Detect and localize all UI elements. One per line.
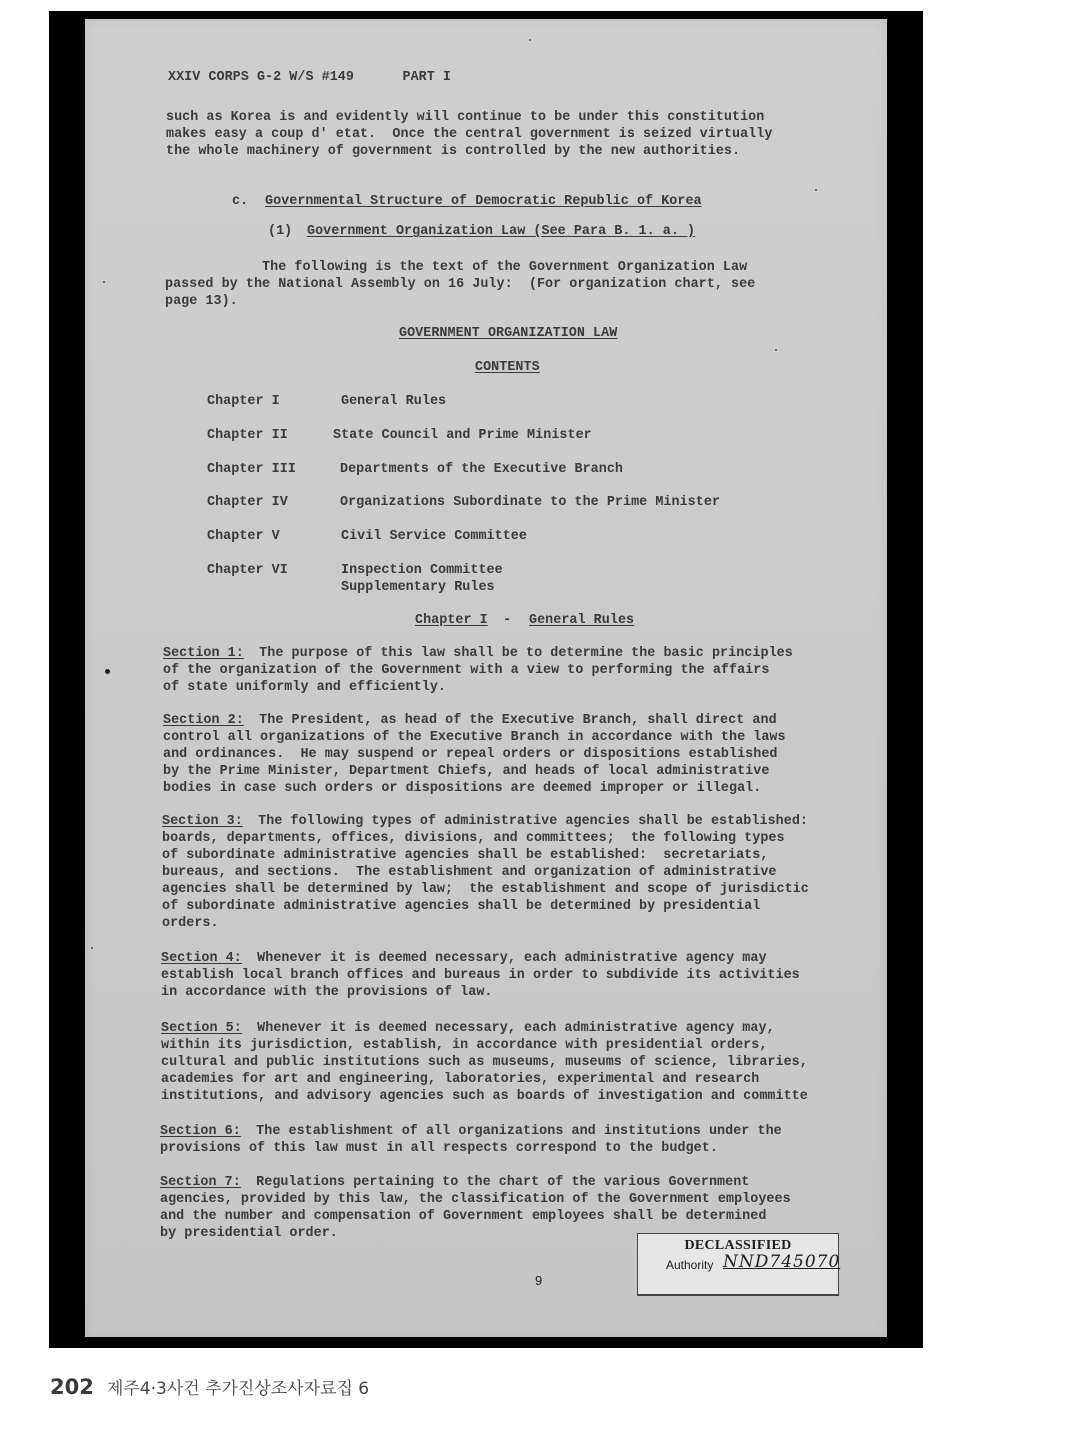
section-line: boards, departments, offices, divisions,… (162, 830, 785, 847)
scan-speck (105, 669, 110, 674)
contents-chapter-title: Organizations Subordinate to the Prime M… (340, 494, 720, 511)
chapter-heading-dash: - (495, 612, 519, 629)
section-line: establish local branch offices and burea… (161, 967, 800, 984)
section-line: Whenever it is deemed necessary, each ad… (241, 950, 767, 967)
section-line: in accordance with the provisions of law… (161, 984, 493, 1001)
intro-line: the whole machinery of government is con… (166, 143, 740, 160)
document-header: XXIV CORPS G-2 W/S #149 PART I (168, 69, 451, 86)
contents-chapter-title: General Rules (341, 393, 446, 410)
scan-speck (91, 947, 93, 949)
contents-chapter: Chapter VI (207, 562, 288, 579)
section-line: The President, as head of the Executive … (243, 712, 777, 729)
preamble-line: page 13). (165, 293, 238, 310)
contents-chapter: Chapter III (207, 461, 296, 478)
contents-chapter-title: Civil Service Committee (341, 528, 527, 545)
book-page-number: 202 (50, 1375, 94, 1399)
section-line: The purpose of this law shall be to dete… (243, 645, 793, 662)
section-label: Section 6: (160, 1123, 241, 1140)
section-label: Section 7: (160, 1174, 241, 1191)
preamble-line: passed by the National Assembly on 16 Ju… (165, 276, 755, 293)
section-line: bureaus, and sections. The establishment… (162, 864, 777, 881)
section-line: by presidential order. (160, 1225, 338, 1242)
preamble-line: The following is the text of the Governm… (165, 259, 747, 276)
stamp-authority-label: Authority (666, 1258, 713, 1272)
declassified-stamp: DECLASSIFIED Authority NND745070 (637, 1233, 839, 1296)
subsection-marker: (1) (268, 223, 292, 240)
subsection-title: Government Organization Law (See Para B.… (307, 223, 695, 240)
section-line: orders. (162, 915, 219, 932)
section-line: of the organization of the Government wi… (163, 662, 769, 679)
contents-chapter: Chapter II (207, 427, 288, 444)
section-c-marker: c. (232, 193, 248, 210)
scan-speck (815, 189, 817, 191)
book-footer: 202 제주4·3사건 추가진상조사자료집 6 (50, 1374, 369, 1399)
section-line: within its jurisdiction, establish, in a… (161, 1037, 767, 1054)
contents-chapter-extra: Supplementary Rules (341, 579, 495, 596)
contents-chapter: Chapter V (207, 528, 280, 545)
document-page: XXIV CORPS G-2 W/S #149 PART I such as K… (85, 19, 887, 1337)
stamp-authority-number: NND745070 (723, 1252, 840, 1272)
contents-title: CONTENTS (475, 359, 540, 376)
scan-speck (775, 349, 777, 351)
section-line: of subordinate administrative agencies s… (162, 898, 760, 915)
page-number: 9 (535, 1273, 542, 1288)
section-label: Section 3: (162, 813, 243, 830)
section-line: cultural and public institutions such as… (161, 1054, 808, 1071)
section-line: Whenever it is deemed necessary, each ad… (241, 1020, 775, 1037)
scan-speck (103, 281, 105, 283)
intro-line: such as Korea is and evidently will cont… (166, 109, 764, 126)
chapter-heading-right: General Rules (529, 612, 634, 629)
section-line: agencies shall be determined by law; the… (162, 881, 809, 898)
section-line: and ordinances. He may suspend or repeal… (163, 746, 778, 763)
section-line: control all organizations of the Executi… (163, 729, 786, 746)
section-line: bodies in case such orders or dispositio… (163, 780, 761, 797)
intro-line: makes easy a coup d' etat. Once the cent… (166, 126, 772, 143)
law-title: GOVERNMENT ORGANIZATION LAW (399, 325, 617, 342)
section-label: Section 2: (163, 712, 244, 729)
contents-chapter-title: Departments of the Executive Branch (340, 461, 623, 478)
book-title: 제주4·3사건 추가진상조사자료집 6 (107, 1379, 369, 1399)
contents-chapter: Chapter IV (207, 494, 288, 511)
section-line: of subordinate administrative agencies s… (162, 847, 768, 864)
contents-chapter-title: Inspection Committee (341, 562, 503, 579)
section-line: of state uniformly and efficiently. (163, 679, 446, 696)
contents-chapter: Chapter I (207, 393, 280, 410)
section-line: The establishment of all organizations a… (240, 1123, 782, 1140)
section-label: Section 4: (161, 950, 242, 967)
section-label: Section 1: (163, 645, 244, 662)
section-label: Section 5: (161, 1020, 242, 1037)
scan-speck (529, 39, 531, 41)
section-line: The following types of administrative ag… (242, 813, 808, 830)
section-line: provisions of this law must in all respe… (160, 1140, 718, 1157)
section-line: and the number and compensation of Gover… (160, 1208, 766, 1225)
section-line: Regulations pertaining to the chart of t… (240, 1174, 749, 1191)
section-line: academies for art and engineering, labor… (161, 1071, 759, 1088)
contents-chapter-title: State Council and Prime Minister (333, 427, 592, 444)
section-line: institutions, and advisory agencies such… (161, 1088, 808, 1105)
section-line: agencies, provided by this law, the clas… (160, 1191, 791, 1208)
scan-frame: XXIV CORPS G-2 W/S #149 PART I such as K… (49, 11, 923, 1348)
chapter-heading-left: Chapter I (415, 612, 488, 629)
section-c-title: Governmental Structure of Democratic Rep… (265, 193, 702, 210)
section-line: by the Prime Minister, Department Chiefs… (163, 763, 769, 780)
